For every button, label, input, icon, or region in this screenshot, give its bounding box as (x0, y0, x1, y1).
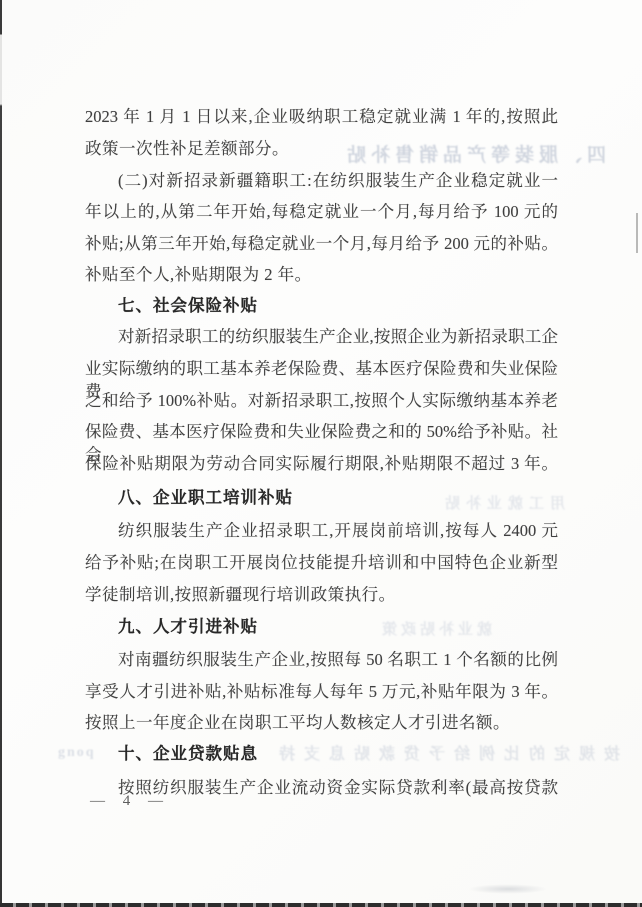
body-line: (二)对新招录新疆籍职工:在纺织服装生产企业稳定就业一 (85, 169, 558, 192)
body-line: 对新招录职工的纺织服装生产企业,按照企业为新招录职工企 (85, 325, 558, 348)
scanned-document-page: 四、服装等产品销售补贴 用工就业补贴 就业补贴政策 按规定的比例给予贷款贴息支持… (0, 0, 642, 907)
section-heading-social-insurance: 七、社会保险补贴 (85, 295, 558, 318)
body-line: 政策一次性补足差额部分。 (85, 137, 558, 160)
body-line: 之和给予 100%补贴。对新招录职工,按照个人实际缴纳基本养老 (85, 389, 558, 412)
scan-smudge (468, 884, 548, 894)
body-line: 对南疆纺织服装生产企业,按照每 50 名职工 1 个名额的比例 (85, 648, 558, 671)
body-line: 2023 年 1 月 1 日以来,企业吸纳职工稳定就业满 1 年的,按照此 (85, 105, 558, 128)
body-line: 纺织服装生产企业招录职工,开展岗前培训,按每人 2400 元 (85, 519, 558, 542)
body-line: 学徒制培训,按照新疆现行培训政策执行。 (85, 583, 558, 606)
section-heading-training-subsidy: 八、企业职工培训补贴 (85, 487, 558, 510)
scan-artifact-line (636, 213, 638, 253)
section-heading-loan-interest: 十、企业贷款贴息 (85, 743, 558, 766)
body-line: 保险补贴期限为劳动合同实际履行期限,补贴期限不超过 3 年。 (85, 452, 558, 475)
body-line: 补贴;从第三年开始,每稳定就业一个月,每月给予 200 元的补贴。 (85, 232, 558, 255)
scan-edge-left (0, 0, 2, 907)
body-line: 给予补贴;在岗职工开展岗位技能提升培训和中国特色企业新型 (85, 551, 558, 574)
body-line: 补贴至个人,补贴期限为 2 年。 (85, 263, 558, 286)
body-line: 按照上一年度企业在岗职工平均人数核定人才引进名额。 (85, 711, 558, 734)
section-heading-talent-subsidy: 九、人才引进补贴 (85, 616, 558, 639)
scan-edge-bottom (0, 903, 642, 907)
body-line: 年以上的,从第二年开始,每稳定就业一个月,每月给予 100 元的 (85, 200, 558, 223)
body-line: 享受人才引进补贴,补贴标准每人每年 5 万元,补贴年限为 3 年。 (85, 680, 558, 703)
page-number: — 4 — (90, 793, 170, 810)
